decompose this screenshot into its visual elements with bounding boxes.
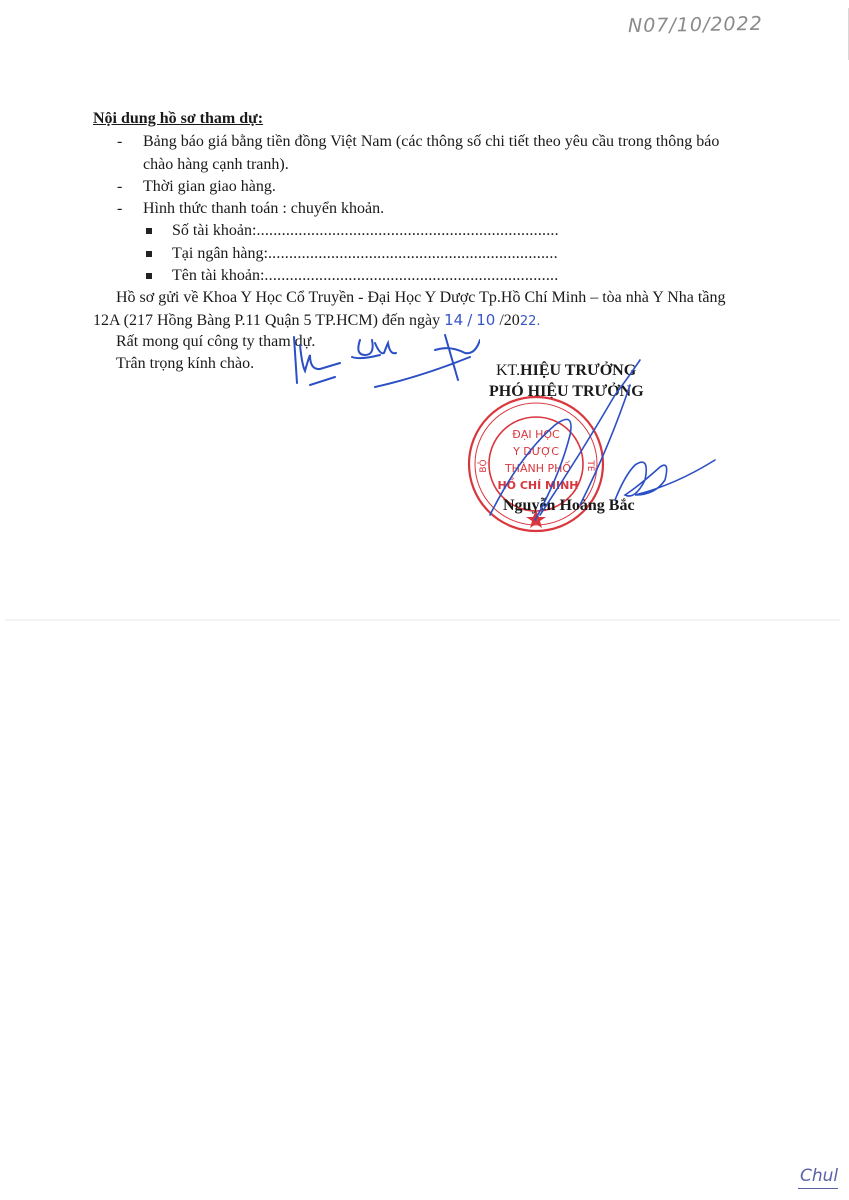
document-page: N07/10/2022 Nội dung hồ sơ tham dự: - Bả… bbox=[0, 0, 849, 1200]
field-blank: ........................................… bbox=[256, 222, 558, 239]
initials-underline bbox=[798, 1188, 838, 1189]
initial-signatures bbox=[280, 325, 480, 395]
bank-name-field: Tại ngân hàng:..........................… bbox=[172, 243, 558, 265]
handwritten-deadline-year: 22. bbox=[520, 314, 541, 329]
list-bullet: - bbox=[117, 200, 122, 218]
submission-address-line1: Hồ sơ gửi về Khoa Y Học Cổ Truyền - Đại … bbox=[116, 287, 725, 309]
square-bullet-icon bbox=[146, 228, 152, 234]
account-name-field: Tên tài khoản:..........................… bbox=[172, 265, 558, 287]
closing-text: Trân trọng kính chào. bbox=[116, 353, 254, 375]
list-item-delivery: Thời gian giao hàng. bbox=[143, 176, 276, 198]
scan-artifact-line bbox=[5, 619, 840, 621]
handwritten-initials: Chul bbox=[800, 1166, 838, 1186]
list-item-quote-line2: chào hàng cạnh tranh). bbox=[143, 154, 289, 176]
field-label: Tại ngân hàng: bbox=[172, 245, 268, 262]
field-blank: ........................................… bbox=[268, 245, 558, 262]
square-bullet-icon bbox=[146, 273, 152, 279]
field-label: Số tài khoản: bbox=[172, 222, 256, 239]
field-label: Tên tài khoản: bbox=[172, 267, 264, 284]
account-number-field: Số tài khoản:...........................… bbox=[172, 220, 559, 242]
list-item-quote-line1: Bảng báo giá bằng tiền đồng Việt Nam (cá… bbox=[143, 131, 719, 153]
field-blank: ........................................… bbox=[264, 267, 558, 284]
handwritten-document-number: N07/10/2022 bbox=[628, 13, 763, 37]
square-bullet-icon bbox=[146, 251, 152, 257]
list-bullet: - bbox=[117, 133, 122, 151]
deadline-year-prefix: /20 bbox=[499, 312, 519, 329]
list-item-payment: Hình thức thanh toán : chuyển khoản. bbox=[143, 198, 384, 220]
section-title: Nội dung hồ sơ tham dự: bbox=[93, 110, 263, 128]
list-bullet: - bbox=[117, 178, 122, 196]
principal-signature bbox=[460, 355, 720, 525]
